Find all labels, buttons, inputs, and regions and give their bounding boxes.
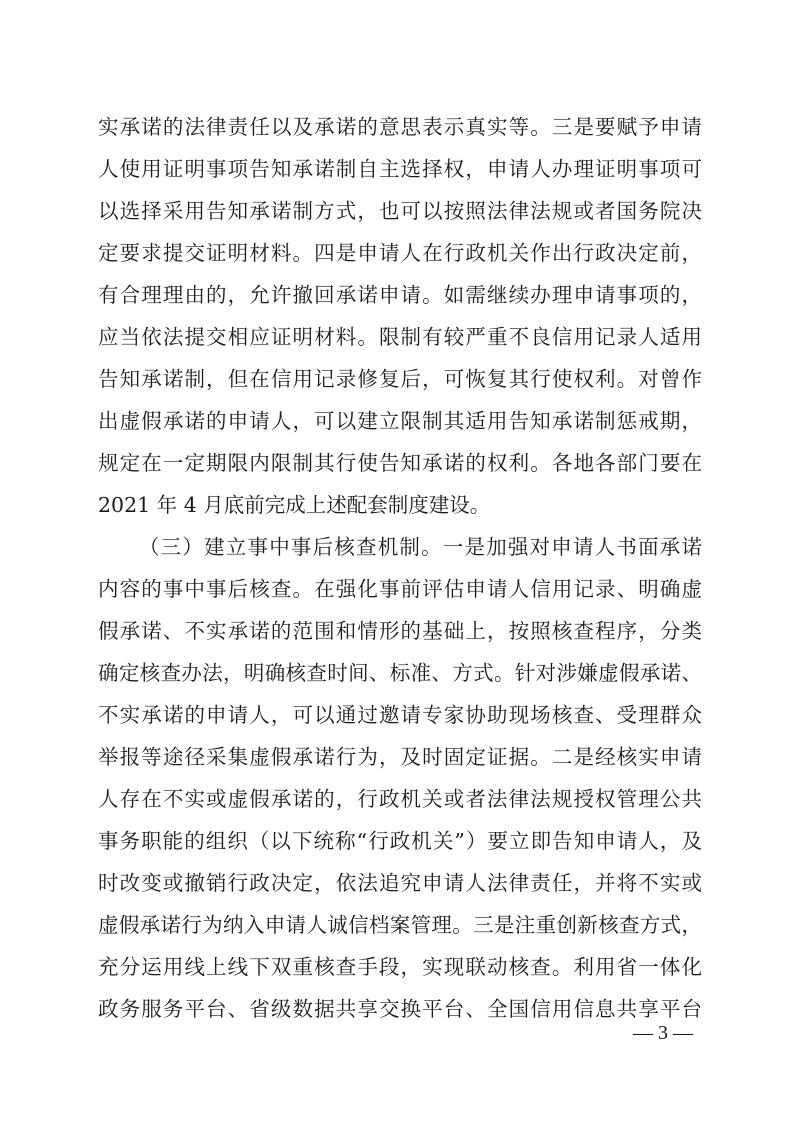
text-line: 时改变或撤销行政决定，依法追究申请人法律责任，并将不实或	[98, 862, 702, 904]
text-line: 确定核查办法，明确核查时间、标准、方式。针对涉嫌虚假承诺、	[98, 652, 702, 694]
text-line: 有合理理由的，允许撤回承诺申请。如需继续办理申请事项的，	[98, 274, 702, 316]
text-line: 事务职能的组织（以下统称“行政机关”）要立即告知申请人，及	[98, 820, 702, 862]
text-line: 定要求提交证明材料。四是申请人在行政机关作出行政决定前，	[98, 232, 702, 274]
text-line: 出虚假承诺的申请人，可以建立限制其适用告知承诺制惩戒期，	[98, 400, 702, 442]
text-line: 应当依法提交相应证明材料。限制有较严重不良信用记录人适用	[98, 316, 702, 358]
text-line: 假承诺、不实承诺的范围和情形的基础上，按照核查程序，分类	[98, 610, 702, 652]
text-line: 实承诺的法律责任以及承诺的意思表示真实等。三是要赋予申请	[98, 106, 702, 148]
text-line: 政务服务平台、省级数据共享交换平台、全国信用信息共享平台	[98, 988, 702, 1030]
text-line: 规定在一定期限内限制其行使告知承诺的权利。各地各部门要在	[98, 442, 702, 484]
text-line: 人存在不实或虚假承诺的，行政机关或者法律法规授权管理公共	[98, 778, 702, 820]
text-line: 以选择采用告知承诺制方式，也可以按照法律法规或者国务院决	[98, 190, 702, 232]
text-line: 举报等途径采集虚假承诺行为，及时固定证据。二是经核实申请	[98, 736, 702, 778]
text-line: 虚假承诺行为纳入申请人诚信档案管理。三是注重创新核查方式，	[98, 904, 702, 946]
text-line: 告知承诺制，但在信用记录修复后，可恢复其行使权利。对曾作	[98, 358, 702, 400]
text-line: 不实承诺的申请人，可以通过邀请专家协助现场核查、受理群众	[98, 694, 702, 736]
page-number: — 3 —	[633, 1022, 693, 1045]
text-line-paragraph-end: 2021 年 4 月底前完成上述配套制度建设。	[98, 484, 702, 526]
text-line: 人使用证明事项告知承诺制自主选择权，申请人办理证明事项可	[98, 148, 702, 190]
section-heading-line: （三）建立事中事后核查机制。一是加强对申请人书面承诺	[98, 526, 702, 568]
document-page: 实承诺的法律责任以及承诺的意思表示真实等。三是要赋予申请 人使用证明事项告知承诺…	[0, 0, 793, 1122]
text-line: 内容的事中事后核查。在强化事前评估申请人信用记录、明确虚	[98, 568, 702, 610]
text-line: 充分运用线上线下双重核查手段，实现联动核查。利用省一体化	[98, 946, 702, 988]
body-text: 实承诺的法律责任以及承诺的意思表示真实等。三是要赋予申请 人使用证明事项告知承诺…	[98, 106, 702, 1030]
